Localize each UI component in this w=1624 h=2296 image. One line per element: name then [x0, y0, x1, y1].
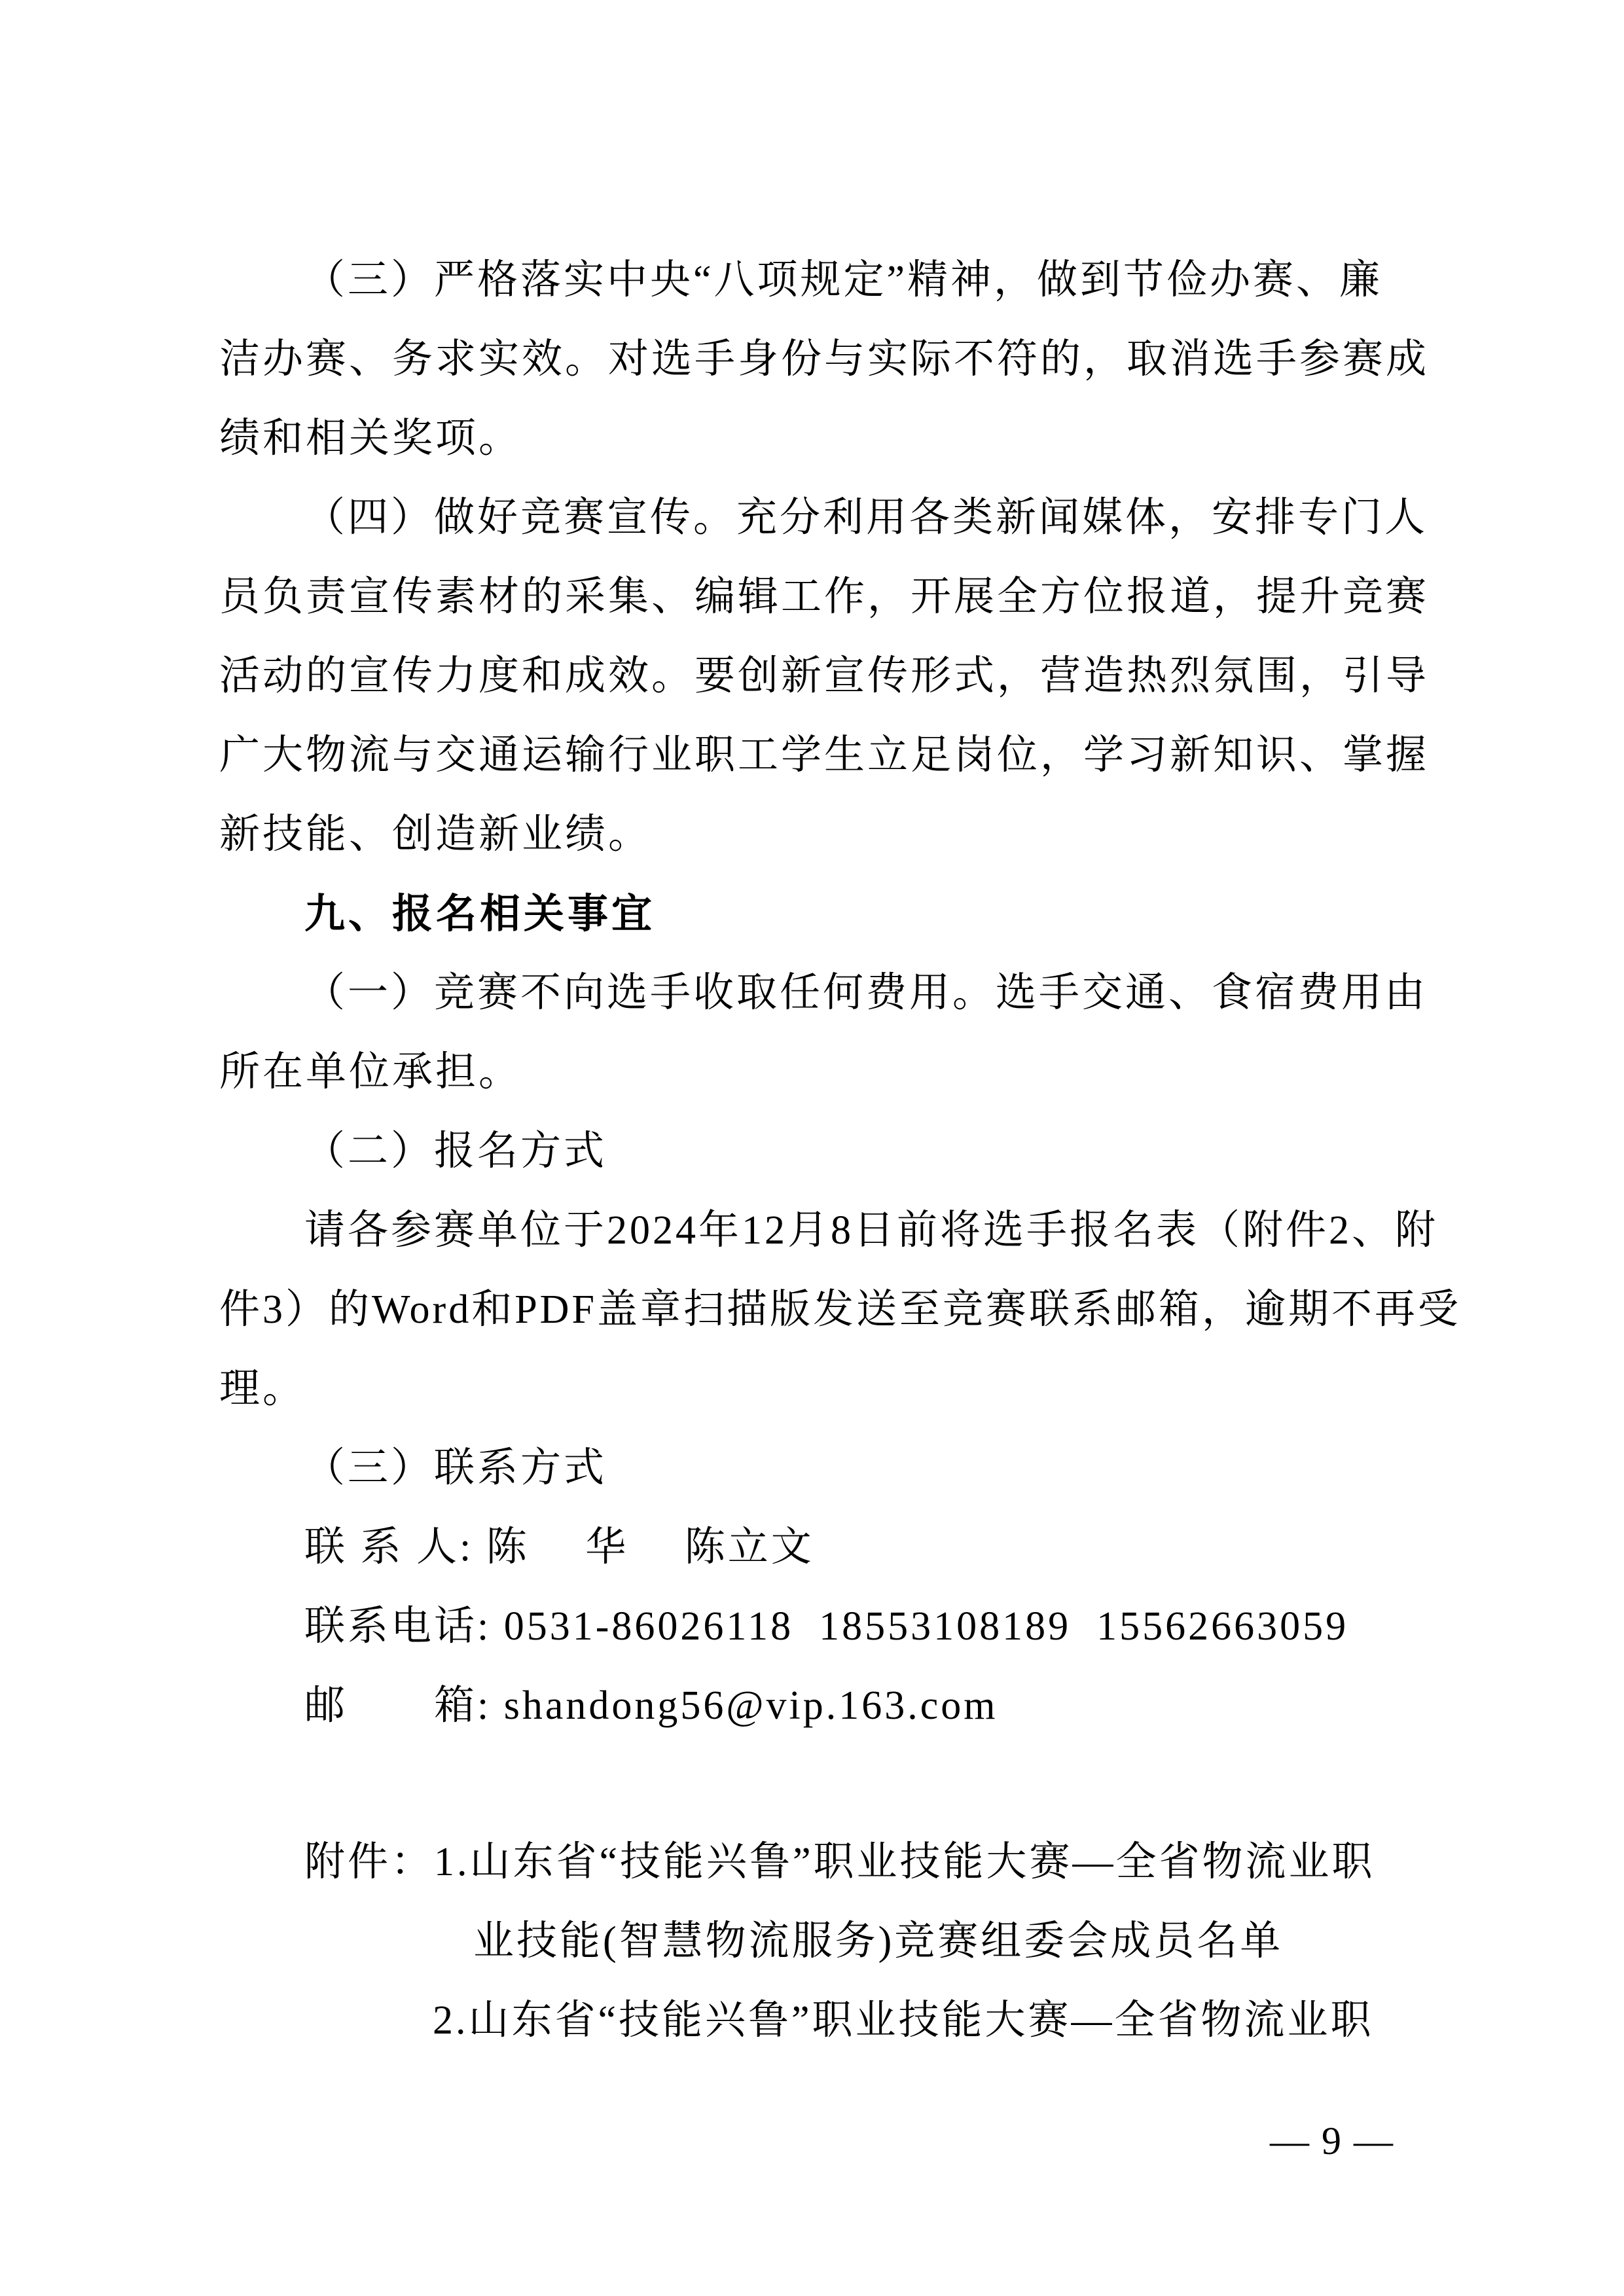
paragraph-4-line-2: 员负责宣传素材的采集、编辑工作，开展全方位报道，提升竞赛: [219, 558, 1407, 637]
attachment-list-line-1: 附件：1.山东省“技能兴鲁”职业技能大赛—全省物流业职: [219, 1823, 1407, 1902]
paragraph-3-line-3: 绩和相关奖项。: [219, 399, 1407, 478]
section-9-item-2-heading: （二）报名方式: [219, 1112, 1407, 1191]
attachment-list-line-2: 业技能(智慧物流服务)竞赛组委会成员名单: [219, 1902, 1407, 1981]
contact-email-line: 邮 箱: shandong56@vip.163.com: [219, 1666, 1407, 1746]
section-9-item-1-line-2: 所在单位承担。: [219, 1033, 1407, 1112]
section-9-item-1-line-1: （一）竞赛不向选手收取任何费用。选手交通、食宿费用由: [219, 954, 1407, 1033]
section-9-item-2-line-1: 请各参赛单位于2024年12月8日前将选手报名表（附件2、附: [219, 1191, 1407, 1270]
document-page: （三）严格落实中央“八项规定”精神，做到节俭办赛、廉 洁办赛、务求实效。对选手身…: [0, 0, 1624, 2296]
blank-line-spacer: [219, 1746, 1407, 1823]
paragraph-3-line-1: （三）严格落实中央“八项规定”精神，做到节俭办赛、廉: [219, 241, 1407, 320]
contact-person-line: 联 系 人: 陈 华 陈立文: [219, 1508, 1407, 1587]
paragraph-4-line-4: 广大物流与交通运输行业职工学生立足岗位，学习新知识、掌握: [219, 716, 1407, 795]
section-9-heading: 九、报名相关事宜: [219, 874, 1407, 954]
section-9-item-2-line-2: 件3）的Word和PDF盖章扫描版发送至竞赛联系邮箱，逾期不再受: [219, 1270, 1407, 1350]
section-9-item-3-heading: （三）联系方式: [219, 1429, 1407, 1508]
attachment-list-line-3: 2.山东省“技能兴鲁”职业技能大赛—全省物流业职: [219, 1981, 1407, 2060]
document-body: （三）严格落实中央“八项规定”精神，做到节俭办赛、廉 洁办赛、务求实效。对选手身…: [219, 241, 1407, 2060]
contact-phone-line: 联系电话: 0531-86026118 18553108189 15562663…: [219, 1587, 1407, 1666]
paragraph-4-line-5: 新技能、创造新业绩。: [219, 795, 1407, 874]
page-number: — 9 —: [1270, 2111, 1434, 2170]
paragraph-4-line-3: 活动的宣传力度和成效。要创新宣传形式，营造热烈氛围，引导: [219, 637, 1407, 716]
paragraph-4-line-1: （四）做好竞赛宣传。充分利用各类新闻媒体，安排专门人: [219, 478, 1407, 558]
paragraph-3-line-2: 洁办赛、务求实效。对选手身份与实际不符的，取消选手参赛成: [219, 320, 1407, 399]
section-9-item-2-line-3: 理。: [219, 1350, 1407, 1429]
